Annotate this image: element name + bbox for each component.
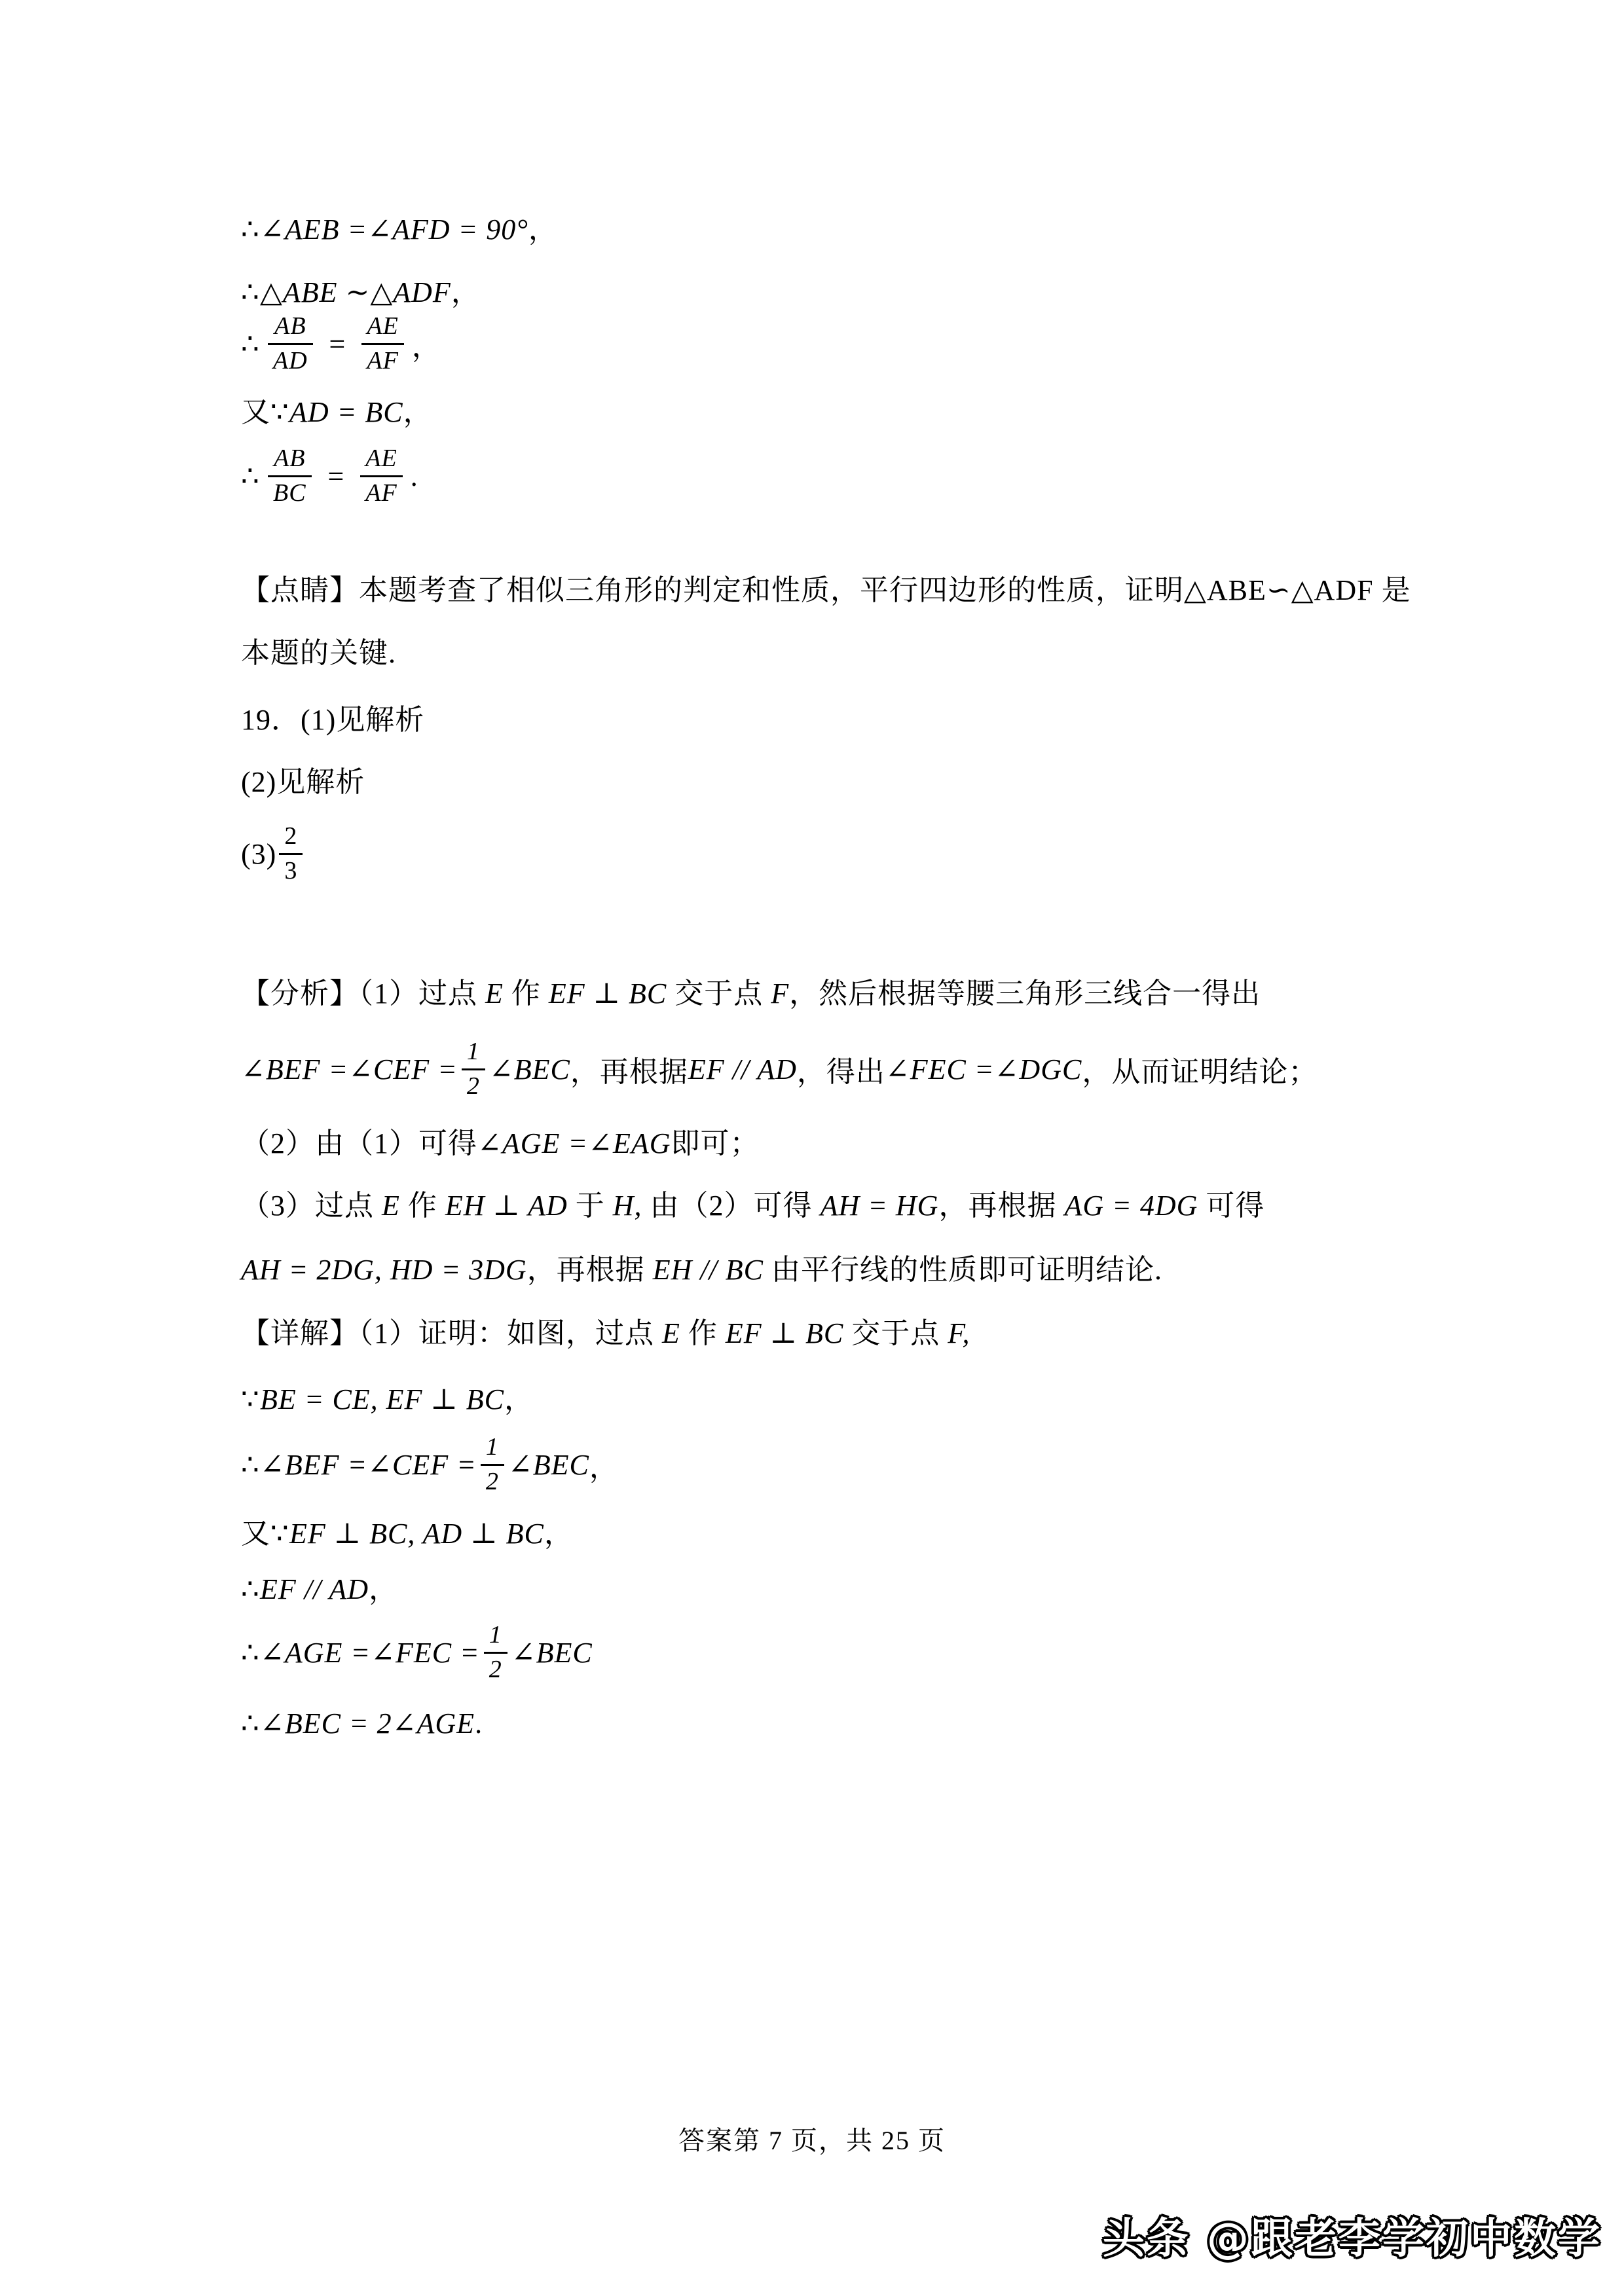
- chinese-run: （2）由（1）可得: [241, 1127, 477, 1159]
- fraction-numerator: AE: [361, 314, 403, 343]
- math-run: F,: [948, 1317, 970, 1349]
- analysis-line-3: （2）由（1）可得∠AGE =∠EAG即可；: [241, 1124, 759, 1163]
- formula-line-3: ∴ AB AD = AE AF ，: [241, 312, 441, 375]
- math-run: ∴△ABE ∼△ADF: [241, 276, 451, 308]
- math-run: E: [382, 1190, 400, 1222]
- equals-sign: =: [326, 460, 346, 493]
- fraction-numerator: 2: [279, 824, 303, 853]
- chinese-run: 作: [680, 1317, 726, 1349]
- math-run: AH = 2DG, HD = 3DG: [241, 1254, 527, 1286]
- detail-line-4: 又∵EF ⊥ BC, AD ⊥ BC，: [241, 1514, 574, 1554]
- math-run: ∠BEC: [508, 1448, 589, 1482]
- math-run: ∠BEF =∠CEF =: [241, 1053, 458, 1086]
- math-run: ∵EF ⊥ BC, AD ⊥ BC: [270, 1518, 544, 1550]
- fraction-numerator: 1: [484, 1622, 507, 1652]
- chinese-run: ，再根据: [938, 1190, 1064, 1222]
- analysis-line-5: AH = 2DG, HD = 3DG，再根据 EH // BC 由平行线的性质即…: [241, 1250, 1162, 1290]
- chinese-run: 即可；: [671, 1127, 759, 1159]
- fraction-one-half: 1 2: [462, 1039, 485, 1100]
- detail-line-5: ∴EF // AD，: [241, 1570, 398, 1609]
- math-run: EF // AD: [688, 1053, 797, 1086]
- punctuation: ，: [412, 323, 441, 365]
- fraction-denominator: AD: [268, 343, 313, 374]
- punctuation: .: [411, 460, 418, 493]
- math-run: EF ⊥ BC: [726, 1317, 843, 1349]
- math-run: ∴∠BEF =∠CEF =: [241, 1448, 477, 1482]
- fraction-one-half: 1 2: [481, 1434, 504, 1495]
- chinese-run: 于: [568, 1190, 613, 1222]
- math-run: ∴∠AGE =∠FEC =: [241, 1636, 480, 1669]
- therefore-symbol: ∴: [241, 460, 260, 493]
- punctuation: ，: [528, 213, 558, 246]
- chinese-run: （3）过点: [241, 1190, 382, 1222]
- math-run: AG = 4DG: [1064, 1190, 1198, 1222]
- fraction-denominator: 3: [279, 853, 303, 884]
- formula-line-1: ∴∠AEB =∠AFD = 90°，: [241, 210, 558, 249]
- punctuation: ，: [589, 1444, 619, 1485]
- chinese-run: 作: [400, 1190, 445, 1222]
- math-run: EH // BC: [653, 1254, 764, 1286]
- chinese-run: 可得: [1198, 1190, 1264, 1222]
- fraction-numerator: 1: [481, 1434, 504, 1464]
- watermark: 头条 @跟老李学初中数学: [1103, 2205, 1602, 2265]
- chinese-run: 交于点: [843, 1317, 948, 1349]
- fraction-denominator: AF: [361, 343, 403, 374]
- comment-line: 【点睛】本题考查了相似三角形的判定和性质，平行四边形的性质，证明△ABE∽△AD…: [241, 571, 1411, 610]
- math-run: ∴EF // AD: [241, 1573, 369, 1605]
- chinese-run: 交于点: [667, 977, 771, 1010]
- math-run: H,: [613, 1190, 642, 1222]
- detail-line-7: ∴∠BEC = 2∠AGE.: [241, 1704, 483, 1743]
- therefore-symbol: ∴: [241, 327, 260, 361]
- answer-line-19-3: (3) 2 3: [241, 822, 305, 885]
- math-run: AH = HG: [821, 1190, 939, 1222]
- math-run: ∠BEC: [489, 1053, 570, 1086]
- document-page: ∴∠AEB =∠AFD = 90°， ∴△ABE ∼△ADF， ∴ AB AD …: [0, 0, 1624, 2296]
- chinese-run: 又: [241, 396, 270, 428]
- fraction-ab-bc: AB BC: [268, 446, 312, 507]
- math-upright-run: △ABE∽△ADF: [1184, 574, 1374, 606]
- chinese-run: 见解析: [336, 704, 424, 736]
- math-run: ∵BE = CE, EF ⊥ BC: [241, 1383, 504, 1415]
- analysis-line-1: 【分析】（1）过点 E 作 EF ⊥ BC 交于点 F，然后根据等腰三角形三线合…: [241, 974, 1261, 1013]
- fraction-denominator: 2: [481, 1464, 504, 1495]
- fraction-numerator: AE: [360, 446, 402, 475]
- chinese-run: 又: [241, 1518, 270, 1550]
- answer-line-19-2: (2)见解析: [241, 763, 365, 802]
- chinese-run: 本题的关键.: [241, 637, 396, 669]
- fraction-numerator: AB: [269, 314, 311, 343]
- punctuation: ，: [451, 276, 481, 308]
- fraction-ae-af: AE AF: [360, 446, 402, 507]
- equals-sign: =: [327, 327, 348, 361]
- page-footer: 答案第 7 页，共 25 页: [0, 2120, 1624, 2157]
- comment-line-2: 本题的关键.: [241, 634, 396, 673]
- chinese-run: ，再根据: [527, 1254, 653, 1286]
- chinese-run: 【详解】（1）证明：如图，过点: [241, 1317, 662, 1349]
- part-number: (3): [241, 837, 276, 871]
- fraction-denominator: AF: [360, 475, 402, 507]
- math-run: ∠FEC =∠DGC: [885, 1053, 1082, 1086]
- fraction-denominator: 2: [484, 1652, 507, 1683]
- fraction-numerator: AB: [268, 446, 310, 475]
- analysis-line-4: （3）过点 E 作 EH ⊥ AD 于 H, 由（2）可得 AH = HG，再根…: [241, 1186, 1264, 1226]
- part-number: (2): [241, 766, 276, 798]
- chinese-run: 由平行线的性质即可证明结论.: [764, 1254, 1162, 1286]
- detail-line-3: ∴∠BEF =∠CEF = 1 2 ∠BEC ，: [241, 1433, 619, 1496]
- formula-line-2: ∴△ABE ∼△ADF，: [241, 273, 481, 312]
- chinese-run: 由（2）可得: [642, 1190, 821, 1222]
- answer-line-19-1: 19．(1)见解析: [241, 701, 424, 740]
- formula-line-4: 又∵AD = BC，: [241, 393, 433, 432]
- punctuation: .: [475, 1707, 483, 1740]
- fraction-ab-ad: AB AD: [268, 314, 313, 374]
- punctuation: ，: [403, 396, 433, 428]
- detail-line-2: ∵BE = CE, EF ⊥ BC，: [241, 1380, 534, 1419]
- chinese-run: ，从而证明结论；: [1082, 1048, 1318, 1090]
- chinese-run: ，得出: [797, 1048, 885, 1090]
- punctuation: ，: [544, 1518, 574, 1550]
- formula-line-5: ∴ AB BC = AE AF .: [241, 445, 418, 507]
- math-run: ∴∠AEB =∠AFD = 90°: [241, 213, 528, 246]
- chinese-run: ，再根据: [570, 1048, 688, 1090]
- question-number: 19．(1): [241, 704, 336, 736]
- chinese-run: 见解析: [276, 766, 365, 798]
- math-run: E: [485, 977, 504, 1010]
- punctuation: ，: [504, 1383, 534, 1415]
- punctuation: ，: [369, 1573, 398, 1605]
- math-run: ∵AD = BC: [270, 396, 403, 428]
- math-run: EH ⊥ AD: [445, 1190, 568, 1222]
- fraction-ae-af: AE AF: [361, 314, 403, 374]
- fraction-denominator: 2: [462, 1068, 485, 1100]
- chinese-run: 【分析】（1）过点: [241, 977, 485, 1010]
- detail-line-1: 【详解】（1）证明：如图，过点 E 作 EF ⊥ BC 交于点 F,: [241, 1314, 970, 1353]
- detail-line-6: ∴∠AGE =∠FEC = 1 2 ∠BEC: [241, 1621, 593, 1684]
- math-run: ∠AGE =∠EAG: [477, 1127, 671, 1159]
- fraction-denominator: BC: [268, 475, 312, 507]
- fraction-one-half: 1 2: [484, 1622, 507, 1683]
- math-run: F: [771, 977, 789, 1010]
- chinese-run: 作: [504, 977, 549, 1010]
- fraction-numerator: 1: [462, 1039, 485, 1068]
- analysis-line-2: ∠BEF =∠CEF = 1 2 ∠BEC ，再根据 EF // AD ，得出 …: [241, 1038, 1318, 1101]
- chinese-run: 是: [1374, 574, 1411, 606]
- chinese-run: 【点睛】本题考查了相似三角形的判定和性质，平行四边形的性质，证明: [241, 574, 1184, 606]
- chinese-run: ，然后根据等腰三角形三线合一得出: [789, 977, 1261, 1010]
- math-run: ∠BEC: [511, 1636, 593, 1669]
- math-run: E: [662, 1317, 680, 1349]
- fraction-two-thirds: 2 3: [279, 824, 303, 884]
- math-run: EF ⊥ BC: [549, 977, 667, 1010]
- math-run: ∴∠BEC = 2∠AGE: [241, 1707, 475, 1740]
